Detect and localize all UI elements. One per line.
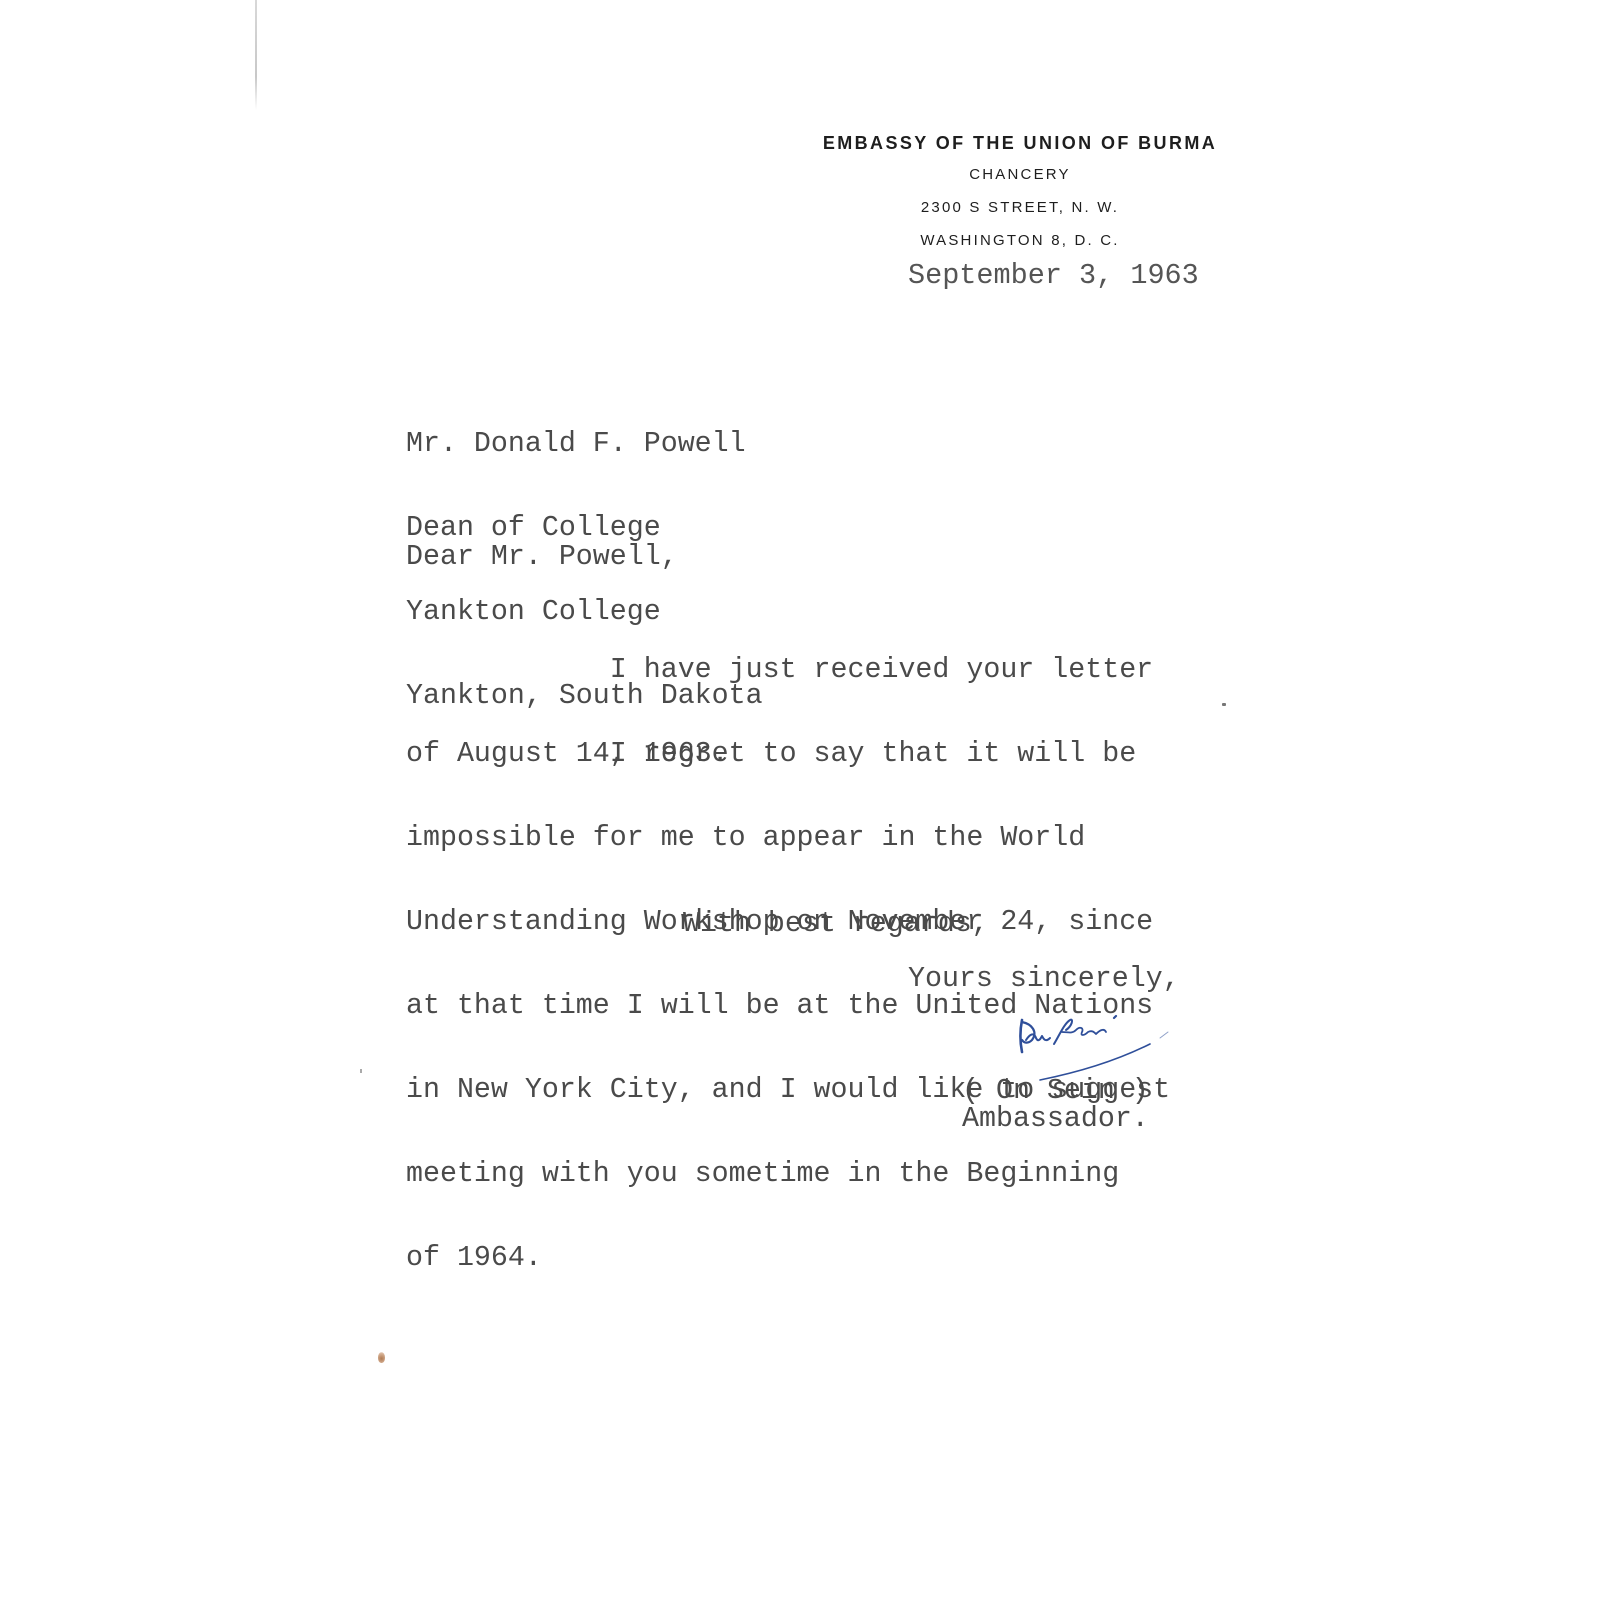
body-line: I regret to say that it will be bbox=[406, 740, 1170, 768]
body-paragraph-2: I regret to say that it will be impossib… bbox=[406, 684, 1170, 1328]
recipient-line: Dean of College bbox=[406, 514, 763, 542]
body-line: impossible for me to appear in the World bbox=[406, 824, 1170, 852]
letter-date: September 3, 1963 bbox=[908, 262, 1199, 290]
letterhead-department: CHANCERY bbox=[790, 158, 1250, 191]
body-line: meeting with you sometime in the Beginni… bbox=[406, 1160, 1170, 1188]
paper-stain bbox=[378, 1352, 385, 1363]
letterhead-street: 2300 S STREET, N. W. bbox=[790, 191, 1250, 224]
salutation: Dear Mr. Powell, bbox=[406, 543, 678, 571]
letterhead: EMBASSY OF THE UNION OF BURMA CHANCERY 2… bbox=[790, 128, 1250, 257]
recipient-line: Mr. Donald F. Powell bbox=[406, 430, 763, 458]
closing-regards: With best regards, bbox=[683, 910, 989, 938]
paper-edge-mark bbox=[255, 0, 257, 110]
body-line: I have just received your letter bbox=[406, 656, 1153, 684]
ink-speck bbox=[360, 1069, 362, 1073]
letter-page: EMBASSY OF THE UNION OF BURMA CHANCERY 2… bbox=[0, 0, 1600, 1600]
closing-valediction: Yours sincerely, bbox=[908, 965, 1180, 993]
ink-speck bbox=[1222, 703, 1226, 706]
letterhead-city: WASHINGTON 8, D. C. bbox=[790, 224, 1250, 257]
body-line: of 1964. bbox=[406, 1244, 1170, 1272]
signatory-title: Ambassador. bbox=[962, 1105, 1149, 1133]
letterhead-organization: EMBASSY OF THE UNION OF BURMA bbox=[790, 128, 1250, 158]
signatory-name: ( On Sein ) bbox=[962, 1077, 1149, 1105]
